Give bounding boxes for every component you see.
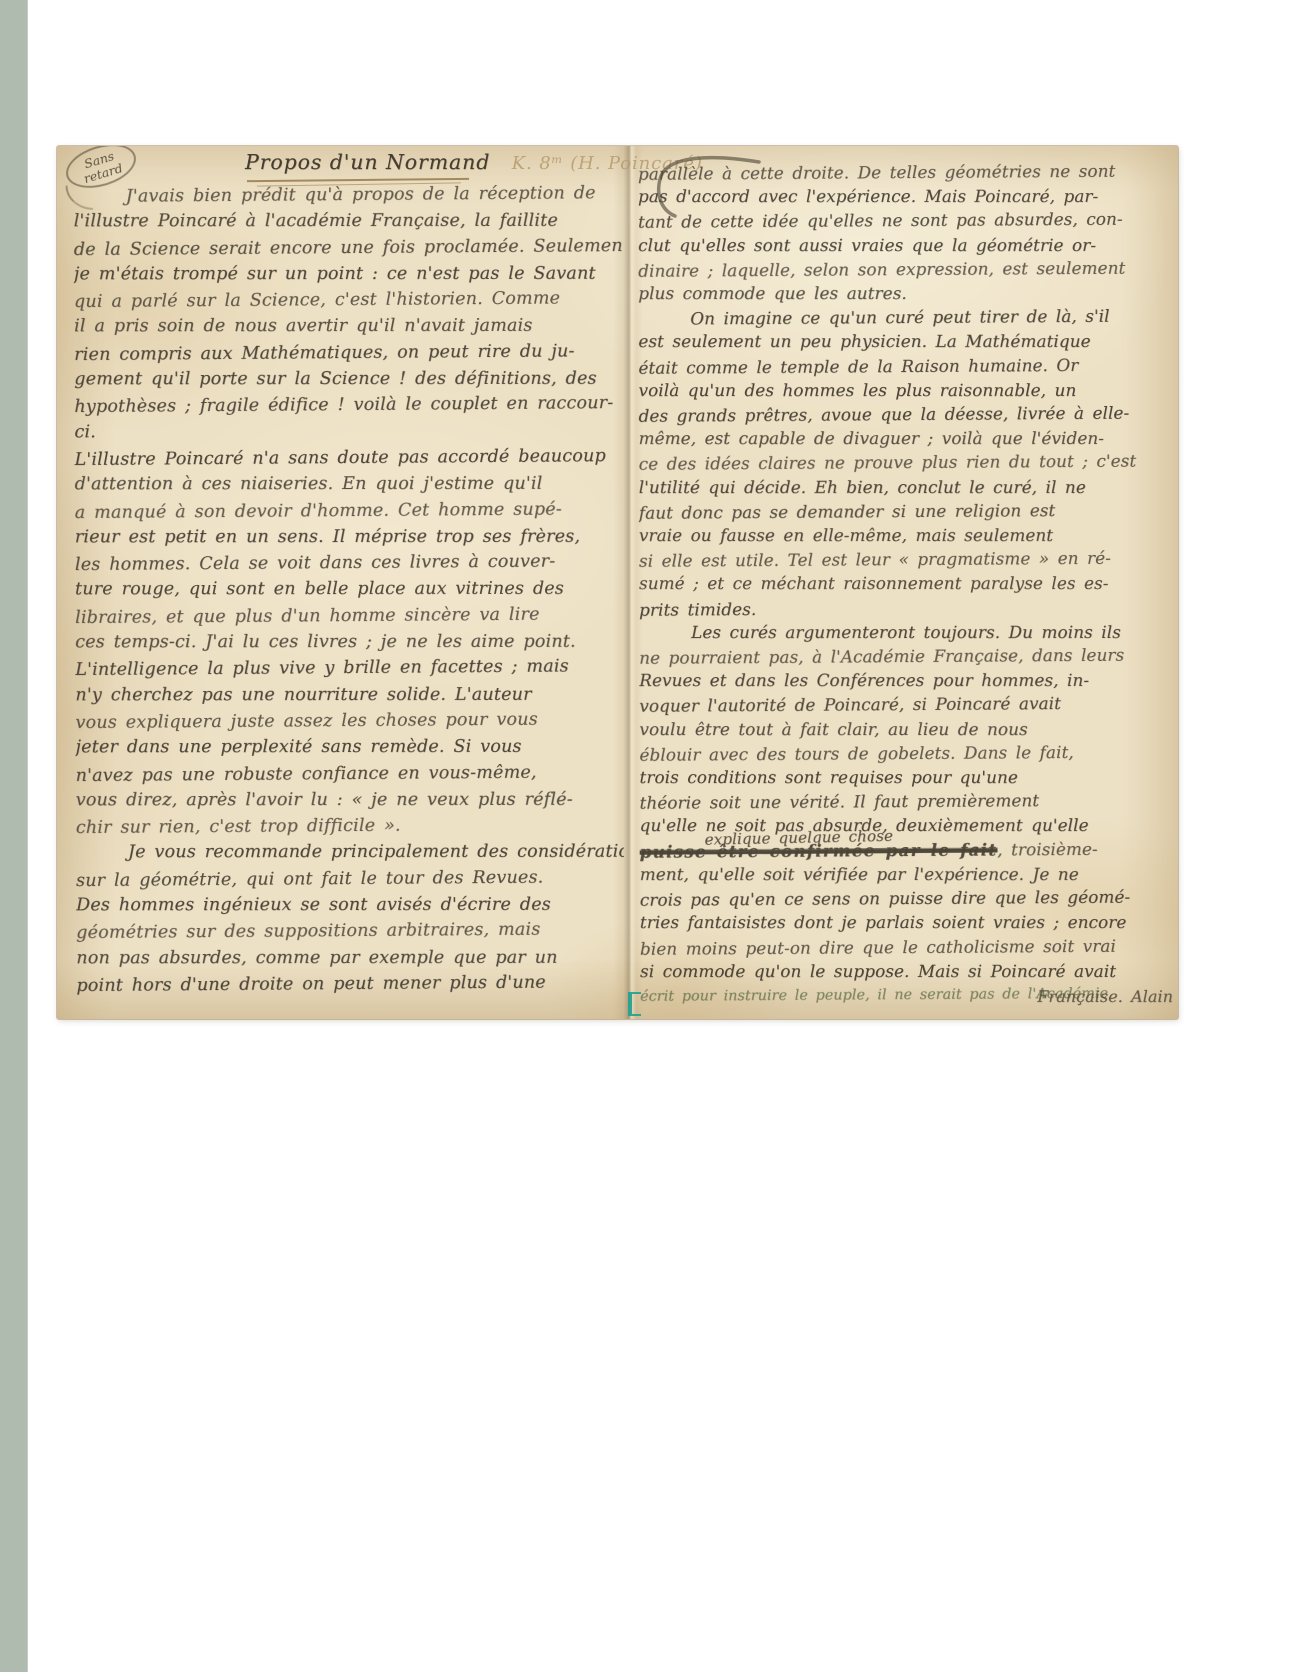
manuscript-line: Revues et dans les Conférences pour homm… (639, 668, 1178, 692)
manuscript-line: si commode qu'on le suppose. Mais si Poi… (640, 959, 1178, 983)
manuscript-line: crois pas qu'en ce sens on puisse dire q… (640, 884, 1178, 912)
inserted-correction-text: explique quelque chose (701, 823, 896, 852)
manuscript-line: voilà qu'un des hommes les plus raisonna… (638, 378, 1177, 402)
title-row: Propos d'un Normand K. 8ᵐ (H. Poincaré) (245, 150, 703, 174)
left-green-strip (0, 0, 28, 1672)
manuscript-line: point hors d'une droite on peut mener pl… (76, 969, 624, 999)
manuscript-line: l'illustre Poincaré à l'académie Françai… (74, 208, 622, 235)
manuscript-line: tries fantaisistes dont je parlais soien… (640, 910, 1178, 934)
manuscript-line: libraires, et que plus d'un homme sincèr… (75, 601, 623, 631)
manuscript-line: pas d'accord avec l'expérience. Mais Poi… (638, 184, 1177, 208)
manuscript-line: chir sur rien, c'est trop difficile ». (76, 811, 624, 841)
manuscript-line: a manqué à son devoir d'homme. Cet homme… (75, 496, 623, 526)
manuscript-line: voulu être tout à fait clair, au lieu de… (639, 717, 1178, 741)
manuscript-line: non pas absurdes, comme par exemple que … (76, 944, 624, 971)
manuscript-line: géométries sur des suppositions arbitrai… (76, 916, 624, 946)
manuscript-line: bien moins peut-on dire que le catholici… (640, 933, 1178, 961)
manuscript-line: n'y cherchez pas une nourriture solide. … (75, 681, 623, 708)
right-column-text: parallèle à cette droite. De telles géom… (638, 159, 1178, 1010)
manuscript-line: hypothèses ; fragile édifice ! voilà le … (74, 390, 622, 420)
manuscript-line: vous expliquera juste assez les choses p… (75, 706, 623, 736)
manuscript-line: d'attention à ces niaiseries. En quoi j'… (75, 471, 623, 498)
manuscript-line: ture rouge, qui sont en belle place aux … (75, 576, 623, 603)
manuscript-line: trois conditions sont requises pour qu'u… (640, 765, 1178, 789)
manuscript-line: Des hommes ingénieux se sont avisés d'éc… (76, 892, 624, 919)
manuscript-line: sur la géométrie, qui ont fait le tour d… (76, 864, 624, 894)
manuscript-line: éblouir avec des tours de gobelets. Dans… (639, 739, 1178, 767)
manuscript-line: de la Science serait encore une fois pro… (74, 233, 622, 263)
manuscript-line: il a pris soin de nous avertir qu'il n'a… (74, 313, 622, 340)
manuscript-line: était comme le temple de la Raison humai… (638, 352, 1177, 380)
manuscript-line: rien compris aux Mathématiques, on peut … (74, 338, 622, 368)
line-tail-text: , troisième- (997, 838, 1098, 859)
manuscript-line: si elle est utile. Tel est leur « pragma… (639, 546, 1178, 574)
manuscript-line: L'illustre Poincaré n'a sans doute pas a… (74, 443, 622, 473)
manuscript-line: théorie soit une vérité. Il faut premièr… (639, 788, 1178, 816)
manuscript-line: jeter dans une perplexité sans remède. S… (76, 734, 624, 761)
manuscript-line: l'utilité qui décide. Eh bien, conclut l… (639, 475, 1178, 499)
page-title: Propos d'un Normand (245, 150, 490, 174)
manuscript-line: vraie ou fausse en elle-même, mais seule… (639, 523, 1178, 547)
manuscript-line: sumé ; et ce méchant raisonnement paraly… (639, 571, 1178, 595)
manuscript-line: rieur est petit en un sens. Il méprise t… (75, 524, 623, 551)
manuscript-line: prits timides. (639, 594, 1178, 622)
manuscript-line: clut qu'elles sont aussi vraies que la g… (638, 233, 1177, 257)
teal-margin-bracket-icon (628, 992, 641, 1016)
manuscript-line: J'avais bien prédit qu'à propos de la ré… (74, 180, 622, 210)
manuscript-line: On imagine ce qu'un curé peut tirer de l… (638, 303, 1177, 331)
edited-strike-line: explique quelque chosepuisse être confir… (640, 836, 1178, 864)
manuscript-line: tant de cette idée qu'elles ne sont pas … (638, 207, 1177, 235)
manuscript-line: ces temps-ci. J'ai lu ces livres ; je ne… (75, 629, 623, 656)
manuscript-line: gement qu'il porte sur la Science ! des … (74, 366, 622, 393)
manuscript-line: faut donc pas se demander si une religio… (639, 497, 1178, 525)
manuscript-line: voquer l'autorité de Poincaré, si Poinca… (639, 691, 1178, 719)
manuscript-line: ment, qu'elle soit vérifiée par l'expéri… (640, 862, 1178, 886)
manuscript-line: parallèle à cette droite. De telles géom… (638, 158, 1177, 186)
manuscript-line: est seulement un peu physicien. La Mathé… (638, 329, 1177, 353)
manuscript-paper: Sans retard Propos d'un Normand K. 8ᵐ (H… (57, 146, 1178, 1019)
manuscript-line: qui a parlé sur la Science, c'est l'hist… (74, 285, 622, 315)
manuscript-line: n'avez pas une robuste confiance en vous… (76, 759, 624, 789)
manuscript-line: ci. (74, 418, 622, 445)
manuscript-line: des grands prêtres, avoue que la déesse,… (638, 400, 1177, 428)
manuscript-line: les hommes. Cela se voit dans ces livres… (75, 548, 623, 578)
manuscript-line: vous direz, après l'avoir lu : « je ne v… (76, 787, 624, 814)
manuscript-line: Les curés argumenteront toujours. Du moi… (639, 620, 1178, 644)
manuscript-line: L'intelligence la plus vive y brille en … (75, 653, 623, 683)
manuscript-line: dinaire ; laquelle, selon son expression… (638, 255, 1177, 283)
manuscript-line: même, est capable de divaguer ; voilà qu… (639, 426, 1178, 450)
manuscript-line: je m'étais trompé sur un point : ce n'es… (74, 261, 622, 288)
manuscript-line: Je vous recommande principalement des co… (76, 839, 624, 866)
manuscript-line: ne pourraient pas, à l'Académie Français… (639, 642, 1178, 670)
manuscript-line: ce des idées claires ne prouve plus rien… (639, 449, 1178, 477)
manuscript-line: plus commode que les autres. (638, 281, 1177, 305)
left-column-text: J'avais bien prédit qu'à propos de la ré… (74, 181, 625, 998)
signature-line: Française. Alain (640, 985, 1178, 1009)
